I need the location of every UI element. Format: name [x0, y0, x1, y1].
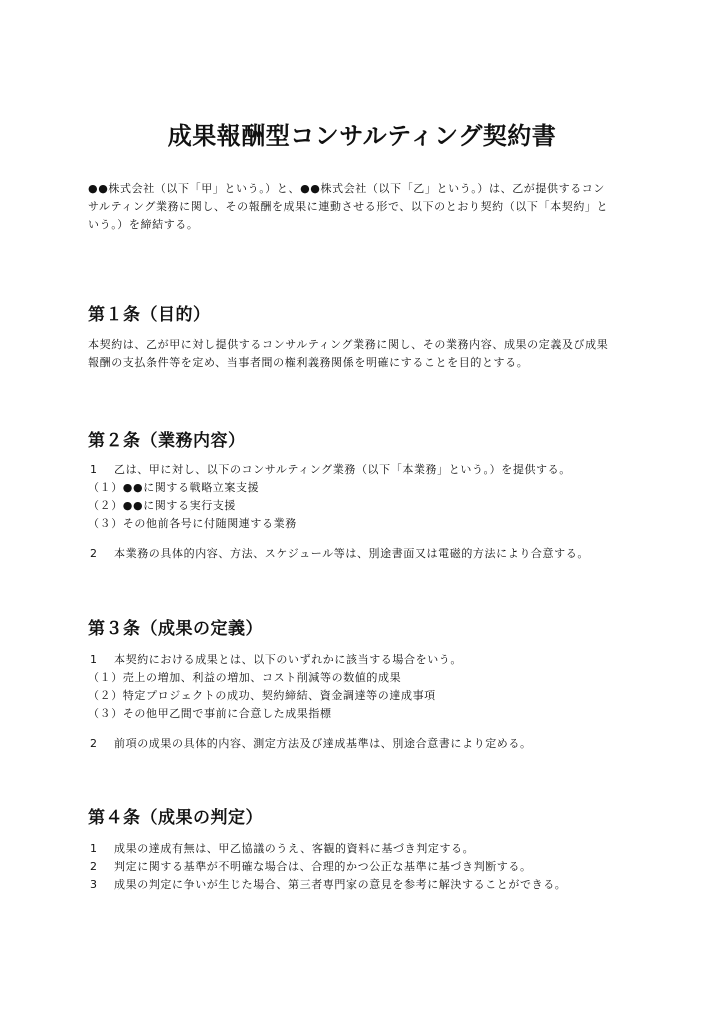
intro-paragraph: ●●株式会社（以下「甲」という。）と、●●株式会社（以下「乙」という。）は、乙が… [88, 180, 648, 234]
list-item: （３）その他前各号に付随関連する業務 [88, 515, 668, 533]
clause: 2判定に関する基準が不明確な場合は、合理的かつ公正な基準に基づき判断する。 [88, 858, 668, 876]
list-item: （１）●●に関する戦略立案支援 [88, 479, 668, 497]
list-item: （１）売上の増加、利益の増加、コスト削減等の数値的成果 [88, 669, 668, 687]
clause-text: 乙は、甲に対し、以下のコンサルティング業務（以下「本業務」という。）を提供する。 [114, 463, 571, 476]
clause: 1成果の達成有無は、甲乙協議のうえ、客観的資料に基づき判定する。 [88, 840, 668, 858]
clause-number: 2 [88, 735, 114, 753]
intro-line: ●●株式会社（以下「甲」という。）と、●●株式会社（以下「乙」という。）は、乙が… [88, 180, 648, 198]
intro-line: サルティング業務に関し、その報酬を成果に連動させる形で、以下のとおり契約（以下「… [88, 198, 648, 216]
clause-text: 判定に関する基準が不明確な場合は、合理的かつ公正な基準に基づき判断する。 [114, 860, 532, 873]
clause-number: 2 [88, 545, 114, 563]
list-item: （２）●●に関する実行支援 [88, 497, 668, 515]
intro-line: いう。）を締結する。 [88, 216, 648, 234]
clause-number: 2 [88, 858, 114, 876]
article-2-heading: 第２条（業務内容） [88, 426, 246, 451]
article-4-heading: 第４条（成果の判定） [88, 803, 263, 828]
clause: 3成果の判定に争いが生じた場合、第三者専門家の意見を参考に解決することができる。 [88, 876, 668, 894]
article-1-heading: 第１条（目的） [88, 300, 211, 325]
clause-text: 本契約における成果とは、以下のいずれかに該当する場合をいう。 [114, 653, 462, 666]
clause-number: 1 [88, 651, 114, 669]
article-4-body: 1成果の達成有無は、甲乙協議のうえ、客観的資料に基づき判定する。 2判定に関する… [88, 840, 668, 894]
clause-number: 1 [88, 840, 114, 858]
clause-text: 本業務の具体的内容、方法、スケジュール等は、別途書面又は電磁的方法により合意する… [114, 547, 589, 560]
body-line: 報酬の支払条件等を定め、当事者間の権利義務関係を明確にすることを目的とする。 [88, 354, 648, 372]
list-item: （２）特定プロジェクトの成功、契約締結、資金調達等の達成事項 [88, 687, 668, 705]
clause-number: 1 [88, 461, 114, 479]
list-item: （３）その他甲乙間で事前に合意した成果指標 [88, 705, 668, 723]
clause: 2本業務の具体的内容、方法、スケジュール等は、別途書面又は電磁的方法により合意す… [88, 545, 668, 563]
article-2-body: 1乙は、甲に対し、以下のコンサルティング業務（以下「本業務」という。）を提供する… [88, 461, 668, 563]
article-1-body: 本契約は、乙が甲に対し提供するコンサルティング業務に関し、その業務内容、成果の定… [88, 336, 648, 372]
document-page: 成果報酬型コンサルティング契約書 ●●株式会社（以下「甲」という。）と、●●株式… [0, 0, 724, 1024]
clause-text: 成果の判定に争いが生じた場合、第三者専門家の意見を参考に解決することができる。 [114, 878, 566, 891]
article-3-body: 1本契約における成果とは、以下のいずれかに該当する場合をいう。 （１）売上の増加… [88, 651, 668, 753]
clause-number: 3 [88, 876, 114, 894]
clause: 1本契約における成果とは、以下のいずれかに該当する場合をいう。 [88, 651, 668, 669]
document-title: 成果報酬型コンサルティング契約書 [0, 116, 724, 151]
article-3-heading: 第３条（成果の定義） [88, 614, 263, 639]
body-line: 本契約は、乙が甲に対し提供するコンサルティング業務に関し、その業務内容、成果の定… [88, 336, 648, 354]
clause: 1乙は、甲に対し、以下のコンサルティング業務（以下「本業務」という。）を提供する… [88, 461, 668, 479]
clause-text: 成果の達成有無は、甲乙協議のうえ、客観的資料に基づき判定する。 [114, 842, 474, 855]
clause-text: 前項の成果の具体的内容、測定方法及び達成基準は、別途合意書により定める。 [114, 737, 532, 750]
clause: 2前項の成果の具体的内容、測定方法及び達成基準は、別途合意書により定める。 [88, 735, 668, 753]
